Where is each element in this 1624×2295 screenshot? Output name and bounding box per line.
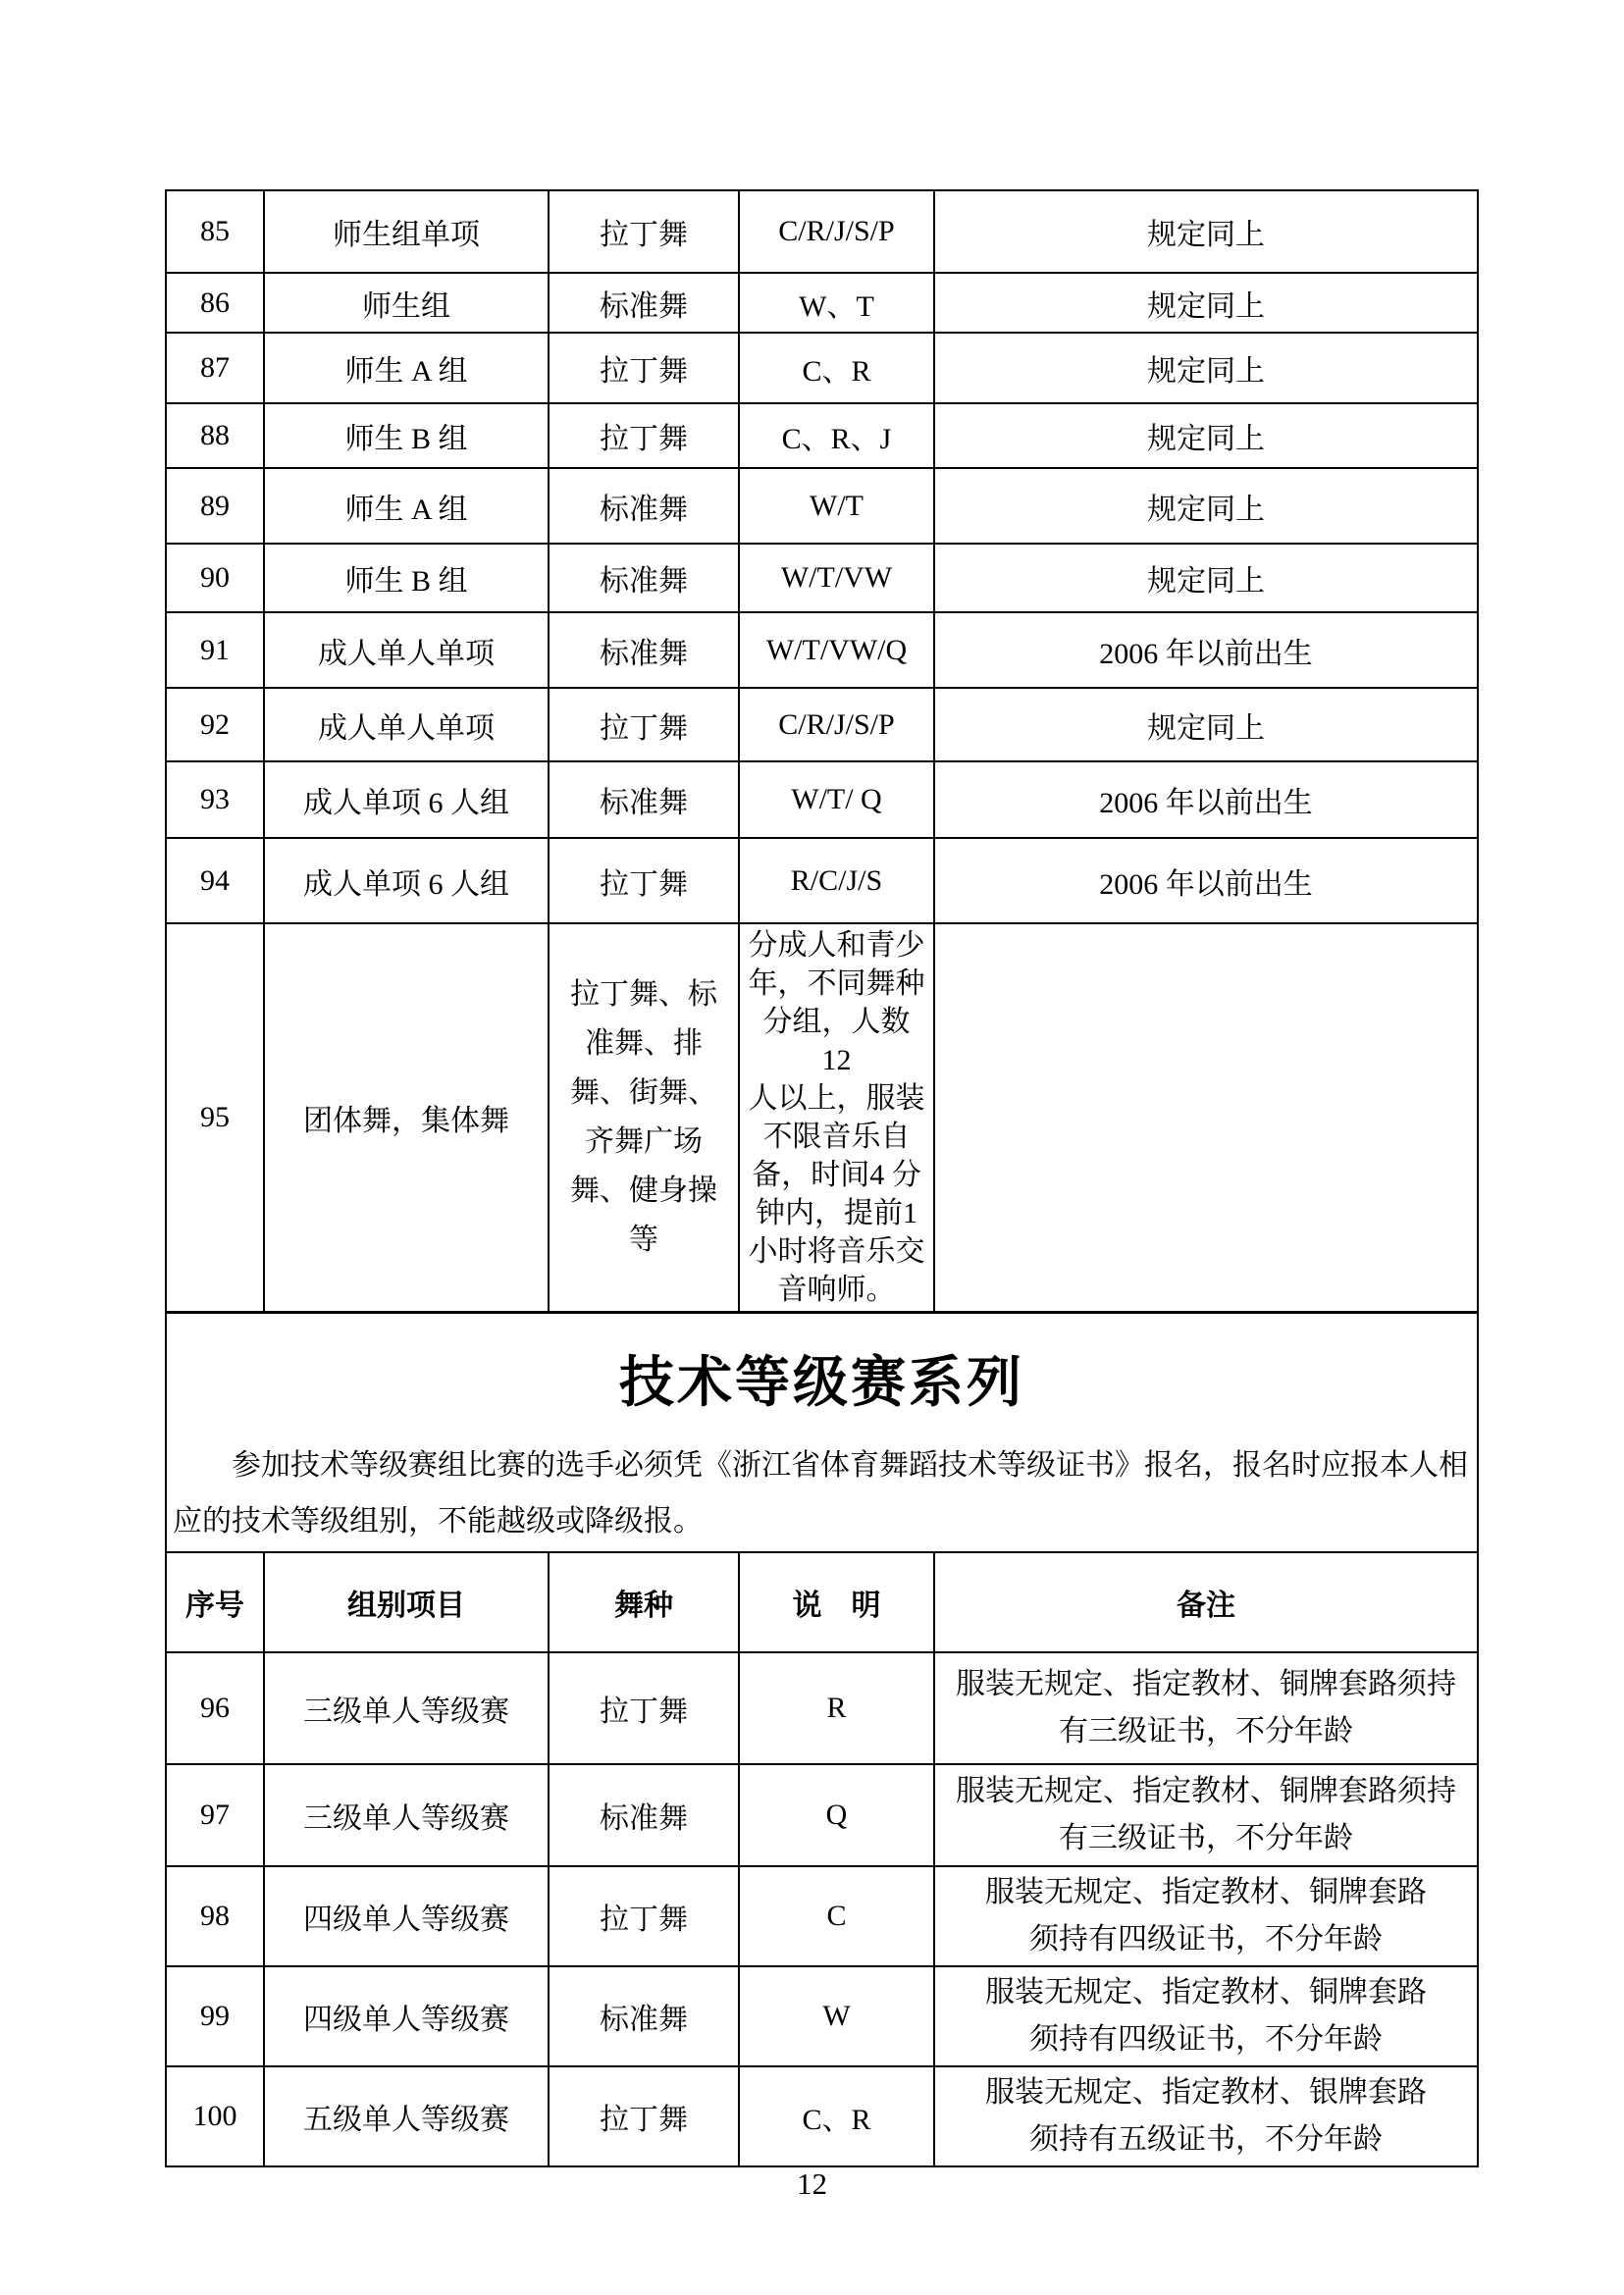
- cell-no: 86: [166, 273, 264, 333]
- cell-no: 85: [166, 190, 264, 273]
- table-row: 87师生 A 组拉丁舞C、R规定同上: [166, 333, 1478, 403]
- cell-note: 2006 年以前出生: [934, 838, 1478, 923]
- cell-note: [934, 923, 1478, 1313]
- cell-no: 96: [166, 1652, 264, 1764]
- cell-desc: W: [739, 1966, 934, 2066]
- column-header-group: 组别项目: [264, 1552, 549, 1652]
- cell-desc: W/T/ Q: [739, 761, 934, 838]
- cell-desc: C/R/J/S/P: [739, 688, 934, 761]
- cell-desc: C、R: [739, 333, 934, 403]
- cell-dance: 标准舞: [549, 612, 739, 688]
- cell-dance: 拉丁舞: [549, 688, 739, 761]
- cell-group: 师生 A 组: [264, 468, 549, 544]
- cell-dance: 标准舞: [549, 273, 739, 333]
- section-cell: 技术等级赛系列 参加技术等级赛组比赛的选手必须凭《浙江省体育舞蹈技术等级证书》报…: [166, 1313, 1478, 1553]
- cell-desc: C: [739, 1866, 934, 1966]
- cell-note: 2006 年以前出生: [934, 612, 1478, 688]
- table-row: 85师生组单项拉丁舞C/R/J/S/P规定同上: [166, 190, 1478, 273]
- table-row: 89师生 A 组标准舞W/T规定同上: [166, 468, 1478, 544]
- cell-group: 师生 A 组: [264, 333, 549, 403]
- cell-no: 88: [166, 403, 264, 468]
- cell-note: 服装无规定、指定教材、铜牌套路 须持有四级证书，不分年龄: [934, 1966, 1478, 2066]
- table-row: 93成人单项 6 人组标准舞W/T/ Q2006 年以前出生: [166, 761, 1478, 838]
- section-row: 技术等级赛系列 参加技术等级赛组比赛的选手必须凭《浙江省体育舞蹈技术等级证书》报…: [166, 1313, 1478, 1553]
- cell-desc: R/C/J/S: [739, 838, 934, 923]
- table-row: 91成人单人单项标准舞W/T/VW/Q2006 年以前出生: [166, 612, 1478, 688]
- cell-group: 师生 B 组: [264, 403, 549, 468]
- cell-no: 90: [166, 544, 264, 612]
- cell-desc: W/T: [739, 468, 934, 544]
- cell-note: 规定同上: [934, 190, 1478, 273]
- cell-desc: W/T/VW: [739, 544, 934, 612]
- table-row: 90师生 B 组标准舞W/T/VW规定同上: [166, 544, 1478, 612]
- cell-group: 团体舞，集体舞: [264, 923, 549, 1313]
- table-row: 95团体舞，集体舞拉丁舞、标 准舞、排 舞、街舞、 齐舞广场 舞、健身操 等分成…: [166, 923, 1478, 1313]
- cell-group: 成人单项 6 人组: [264, 761, 549, 838]
- cell-dance: 拉丁舞: [549, 1652, 739, 1764]
- cell-dance: 拉丁舞: [549, 838, 739, 923]
- table-header-row: 序号组别项目舞种说 明备注: [166, 1552, 1478, 1652]
- grade-competition-rows-96-100: 序号组别项目舞种说 明备注96三级单人等级赛拉丁舞R服装无规定、指定教材、铜牌套…: [166, 1552, 1478, 2166]
- column-header-dance: 舞种: [549, 1552, 739, 1652]
- column-header-desc: 说 明: [739, 1552, 934, 1652]
- cell-dance: 标准舞: [549, 1966, 739, 2066]
- table-row: 99四级单人等级赛标准舞W服装无规定、指定教材、铜牌套路 须持有四级证书，不分年…: [166, 1966, 1478, 2066]
- column-header-note: 备注: [934, 1552, 1478, 1652]
- cell-note: 服装无规定、指定教材、铜牌套路须持 有三级证书，不分年龄: [934, 1652, 1478, 1764]
- cell-no: 95: [166, 923, 264, 1313]
- page-number: 12: [0, 2166, 1624, 2202]
- column-header-no: 序号: [166, 1552, 264, 1652]
- cell-group: 成人单人单项: [264, 612, 549, 688]
- cell-no: 89: [166, 468, 264, 544]
- cell-dance: 拉丁舞: [549, 1866, 739, 1966]
- cell-dance: 标准舞: [549, 761, 739, 838]
- cell-group: 三级单人等级赛: [264, 1652, 549, 1764]
- cell-note: 规定同上: [934, 333, 1478, 403]
- cell-no: 93: [166, 761, 264, 838]
- cell-note: 服装无规定、指定教材、银牌套路 须持有五级证书，不分年龄: [934, 2066, 1478, 2166]
- cell-group: 五级单人等级赛: [264, 2066, 549, 2166]
- cell-group: 成人单项 6 人组: [264, 838, 549, 923]
- cell-desc: 分成人和青少 年，不同舞种 分组，人数 12 人以上，服装 不限音乐自 备，时间…: [739, 923, 934, 1313]
- cell-desc: W、T: [739, 273, 934, 333]
- cell-note: 规定同上: [934, 273, 1478, 333]
- cell-desc: R: [739, 1652, 934, 1764]
- cell-no: 99: [166, 1966, 264, 2066]
- table-row: 97三级单人等级赛标准舞Q服装无规定、指定教材、铜牌套路须持 有三级证书，不分年…: [166, 1764, 1478, 1866]
- competition-events-table: 85师生组单项拉丁舞C/R/J/S/P规定同上86师生组标准舞W、T规定同上87…: [165, 189, 1479, 2167]
- cell-no: 100: [166, 2066, 264, 2166]
- section-divider-body: 技术等级赛系列 参加技术等级赛组比赛的选手必须凭《浙江省体育舞蹈技术等级证书》报…: [166, 1313, 1478, 1553]
- cell-dance: 拉丁舞、标 准舞、排 舞、街舞、 齐舞广场 舞、健身操 等: [549, 923, 739, 1313]
- cell-dance: 拉丁舞: [549, 190, 739, 273]
- cell-desc: W/T/VW/Q: [739, 612, 934, 688]
- cell-no: 98: [166, 1866, 264, 1966]
- cell-note: 规定同上: [934, 544, 1478, 612]
- cell-group: 成人单人单项: [264, 688, 549, 761]
- section-title: 技术等级赛系列: [173, 1353, 1471, 1412]
- cell-note: 规定同上: [934, 403, 1478, 468]
- table-row: 86师生组标准舞W、T规定同上: [166, 273, 1478, 333]
- cell-desc: C/R/J/S/P: [739, 190, 934, 273]
- events-rows-85-95: 85师生组单项拉丁舞C/R/J/S/P规定同上86师生组标准舞W、T规定同上87…: [166, 190, 1478, 1313]
- cell-dance: 标准舞: [549, 544, 739, 612]
- section-intro-paragraph: 参加技术等级赛组比赛的选手必须凭《浙江省体育舞蹈技术等级证书》报名，报名时应报本…: [173, 1437, 1471, 1549]
- cell-desc: Q: [739, 1764, 934, 1866]
- cell-no: 91: [166, 612, 264, 688]
- cell-no: 94: [166, 838, 264, 923]
- cell-dance: 拉丁舞: [549, 2066, 739, 2166]
- cell-note: 规定同上: [934, 468, 1478, 544]
- cell-dance: 标准舞: [549, 1764, 739, 1866]
- cell-desc: C、R: [739, 2066, 934, 2166]
- cell-group: 三级单人等级赛: [264, 1764, 549, 1866]
- cell-group: 师生组单项: [264, 190, 549, 273]
- table-row: 88师生 B 组拉丁舞C、R、J规定同上: [166, 403, 1478, 468]
- table-row: 98四级单人等级赛拉丁舞C服装无规定、指定教材、铜牌套路 须持有四级证书，不分年…: [166, 1866, 1478, 1966]
- cell-note: 规定同上: [934, 688, 1478, 761]
- table-row: 94成人单项 6 人组拉丁舞R/C/J/S2006 年以前出生: [166, 838, 1478, 923]
- cell-dance: 拉丁舞: [549, 333, 739, 403]
- cell-desc: C、R、J: [739, 403, 934, 468]
- cell-note: 服装无规定、指定教材、铜牌套路须持 有三级证书，不分年龄: [934, 1764, 1478, 1866]
- cell-group: 四级单人等级赛: [264, 1966, 549, 2066]
- table-row: 96三级单人等级赛拉丁舞R服装无规定、指定教材、铜牌套路须持 有三级证书，不分年…: [166, 1652, 1478, 1764]
- table-row: 100五级单人等级赛拉丁舞C、R服装无规定、指定教材、银牌套路 须持有五级证书，…: [166, 2066, 1478, 2166]
- cell-note: 服装无规定、指定教材、铜牌套路 须持有四级证书，不分年龄: [934, 1866, 1478, 1966]
- cell-group: 师生组: [264, 273, 549, 333]
- cell-group: 师生 B 组: [264, 544, 549, 612]
- cell-dance: 拉丁舞: [549, 403, 739, 468]
- cell-no: 92: [166, 688, 264, 761]
- cell-no: 97: [166, 1764, 264, 1866]
- document-page: 85师生组单项拉丁舞C/R/J/S/P规定同上86师生组标准舞W、T规定同上87…: [0, 0, 1624, 2295]
- cell-no: 87: [166, 333, 264, 403]
- table-row: 92成人单人单项拉丁舞C/R/J/S/P规定同上: [166, 688, 1478, 761]
- cell-group: 四级单人等级赛: [264, 1866, 549, 1966]
- cell-note: 2006 年以前出生: [934, 761, 1478, 838]
- cell-dance: 标准舞: [549, 468, 739, 544]
